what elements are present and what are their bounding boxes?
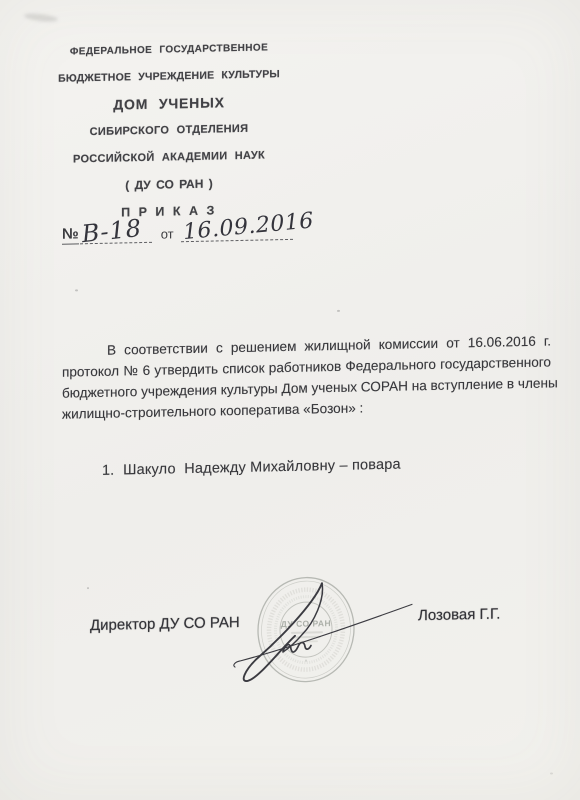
org-name-line-5: РОССИЙСКОЙ АКАДЕМИИ НАУК: [53, 142, 285, 174]
order-date-blank: 16.09.2016: [181, 208, 293, 242]
director-signature: [215, 563, 430, 693]
signer-name: Лозовая Г.Г.: [418, 606, 500, 625]
list-item-text: Шакуло Надежду Михайловну – повара: [123, 457, 401, 479]
signature-long-stroke: [234, 604, 412, 667]
scanned-order-document: ФЕДЕРАЛЬНОЕ ГОСУДАРСТВЕННОЕ БЮДЖЕТНОЕ УЧ…: [0, 0, 580, 800]
paper-speck: [75, 289, 78, 291]
signature-main-flourish: [244, 583, 322, 681]
paper-speck: [337, 310, 340, 312]
number-sign-label: №: [62, 225, 79, 244]
list-item-number: 1.: [102, 463, 114, 479]
handwritten-order-number: В-18: [80, 214, 143, 248]
order-body-paragraph: В соответствии с решением жилищной комис…: [62, 330, 551, 424]
letterhead: ФЕДЕРАЛЬНОЕ ГОСУДАРСТВЕННОЕ БЮДЖЕТНОЕ УЧ…: [53, 34, 285, 227]
paper-speck: [87, 587, 89, 589]
employee-list-item: 1. Шакуло Надежду Михайловну – повара: [102, 457, 401, 479]
org-name-line-2: БЮДЖЕТНОЕ УЧРЕЖДЕНИЕ КУЛЬТУРЫ: [53, 61, 285, 93]
document-content: ФЕДЕРАЛЬНОЕ ГОСУДАРСТВЕННОЕ БЮДЖЕТНОЕ УЧ…: [0, 0, 580, 800]
date-preposition-label: от: [152, 226, 181, 243]
handwritten-order-date: 16.09.2016: [182, 208, 314, 245]
paper-speck: [550, 772, 553, 774]
order-number-blank: В-18: [80, 211, 152, 245]
scan-smudge: [24, 12, 59, 23]
order-number-row: № В-18 от 16.09.2016: [62, 209, 293, 245]
